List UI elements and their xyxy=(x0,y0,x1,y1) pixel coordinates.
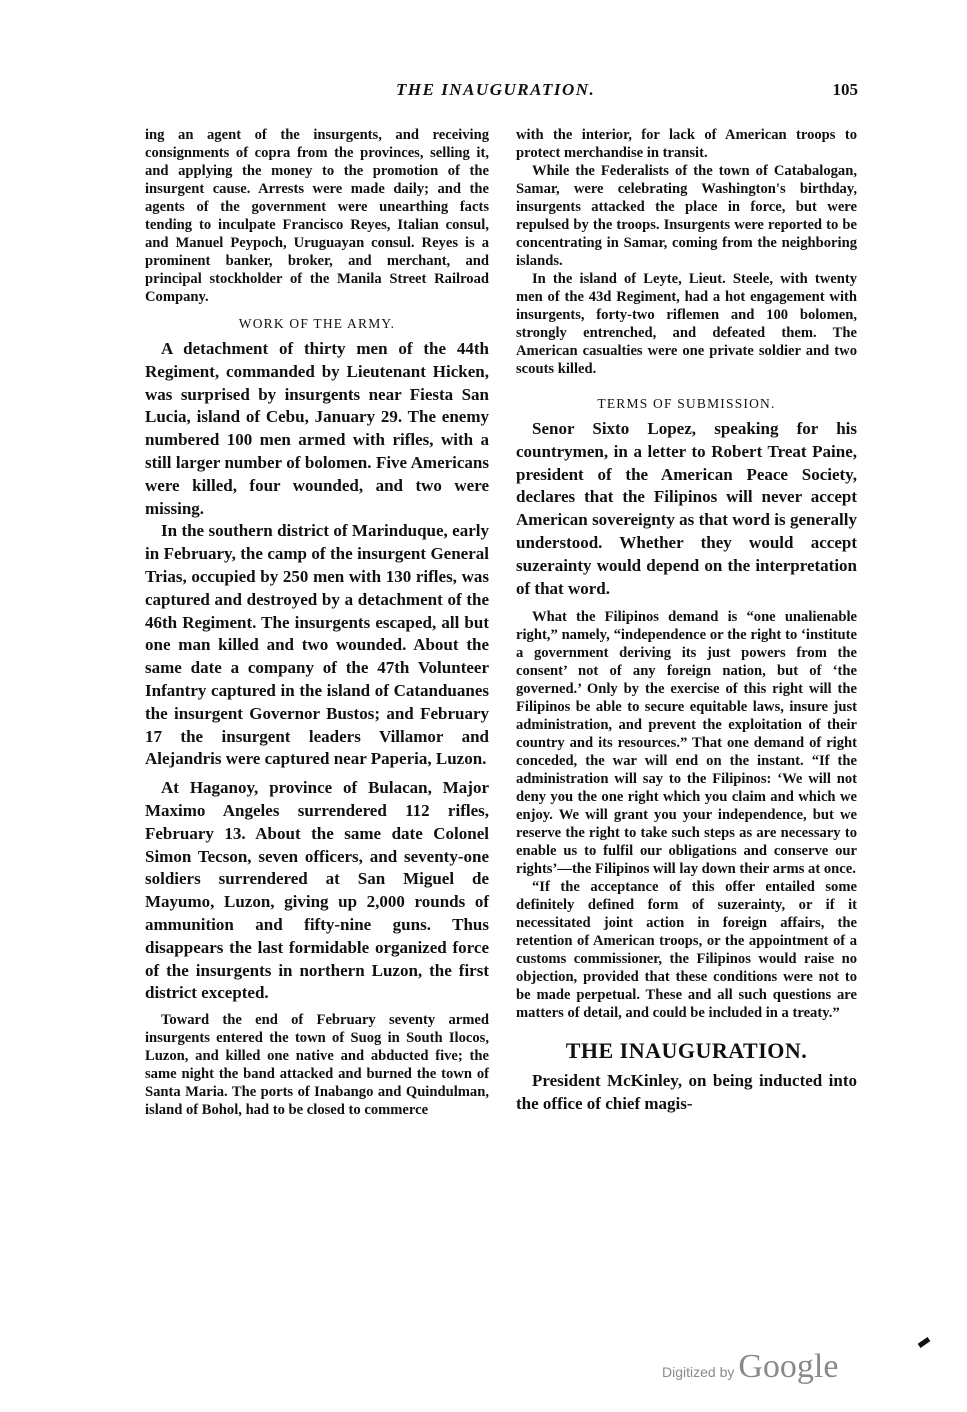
left-column: ing an agent of the insurgents, and rece… xyxy=(145,126,489,1119)
google-logo-text: Google xyxy=(738,1348,838,1385)
paragraph: President McKinley, on being inducted in… xyxy=(516,1070,857,1116)
paragraph: In the southern district of Marinduque, … xyxy=(145,520,489,771)
running-title: THE INAUGURATION. xyxy=(396,80,595,100)
quote-paragraph: “If the acceptance of this offer entaile… xyxy=(516,878,857,1022)
quote-paragraph: What the Filipinos demand is “one unalie… xyxy=(516,608,857,878)
continued-paragraph: with the interior, for lack of American … xyxy=(516,126,857,162)
scan-mark-icon xyxy=(918,1337,931,1348)
page-number: 105 xyxy=(833,80,859,100)
paragraph: A detachment of thirty men of the 44th R… xyxy=(145,338,489,520)
paragraph: While the Federalists of the town of Cat… xyxy=(516,162,857,270)
digitized-by-google-watermark: Digitized by Google xyxy=(662,1348,838,1386)
page-header: THE INAUGURATION. 105 xyxy=(140,80,860,104)
paragraph: In the island of Leyte, Lieut. Steele, w… xyxy=(516,270,857,378)
section-heading-work-of-the-army: WORK OF THE ARMY. xyxy=(145,316,489,332)
paragraph: Toward the end of February seventy armed… xyxy=(145,1011,489,1119)
right-column: with the interior, for lack of American … xyxy=(516,126,857,1116)
main-heading-the-inauguration: THE INAUGURATION. xyxy=(516,1038,857,1064)
paragraph: At Haganoy, province of Bulacan, Major M… xyxy=(145,777,489,1005)
digitized-label: Digitized by xyxy=(662,1364,734,1380)
paragraph: Senor Sixto Lopez, speaking for his coun… xyxy=(516,418,857,600)
section-heading-terms-of-submission: TERMS OF SUBMISSION. xyxy=(516,396,857,412)
continued-paragraph: ing an agent of the insurgents, and rece… xyxy=(145,126,489,306)
